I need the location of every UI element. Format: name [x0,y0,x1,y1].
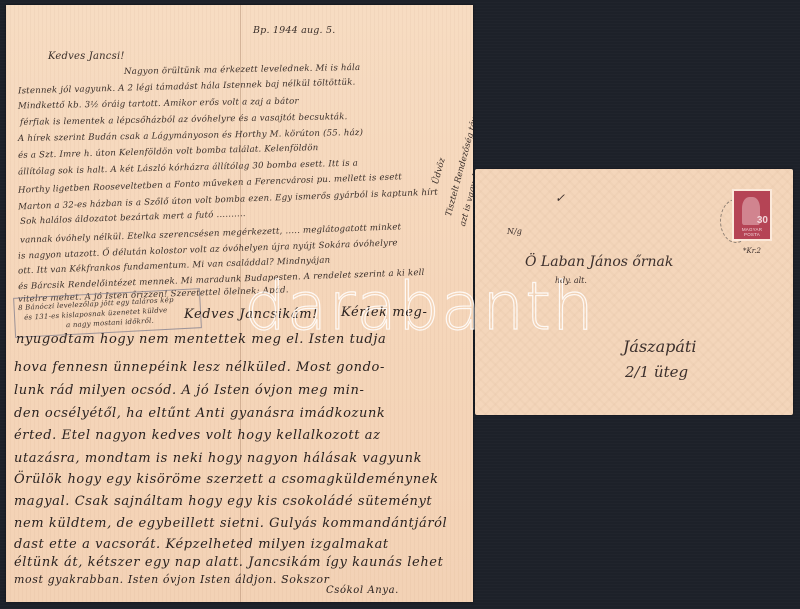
letter-line: Sok halálos áldozatot bezártak mert a fu… [20,209,246,227]
postage-stamp: 30 MAGYAR POSTA [732,189,772,241]
stamp-caption: MAGYAR POSTA [734,227,770,237]
second-line: den ocsélyétől, ha eltűnt Anti gyanásra … [14,406,385,421]
signature: Csókol Anya. [326,585,399,596]
second-line: dast ette a vacsorát. Képzelheted milyen… [14,537,389,552]
second-line: lunk rád milyen ocsód. A jó Isten óvjon … [14,383,365,398]
second-line: nyugodtam hogy nem mentettek meg el. Ist… [16,332,386,347]
second-line: most gyakrabban. Isten óvjon Isten áldjo… [14,573,329,586]
second-line: hova fennesn ünnepéink lesz nélküled. Mo… [14,360,385,375]
letter-line: Mindkettő kb. 3½ óráig tartott. Amikor e… [18,97,299,112]
recipient-rank: hdy. alt. [555,276,587,285]
second-line: Kérlek meg- [341,305,427,320]
envelope: ✓ N/g Ö Laban János őrnak hdy. alt. Jász… [475,169,793,415]
second-salutation: Kedves Jancsikám! [184,307,318,322]
envelope-check-mark: ✓ [555,191,565,205]
letter-salutation: Kedves Jancsi! [48,51,125,62]
margin-note: Üdvöz [431,157,448,186]
second-line: Örülök hogy egy kisöröme szerzett a csom… [14,472,439,487]
letter-line: Nagyon örültünk ma érkezett levelednek. … [124,63,360,77]
letter-line: férfiak is lementek a lépcsőházból az óv… [20,112,348,128]
letter-line: Istennek jól vagyunk. A 2 légi támadást … [18,78,356,97]
recipient-city: Jászapáti [623,337,696,356]
stamp-value: 30 [757,215,768,226]
recipient-unit: 2/1 üteg [625,363,688,381]
handwritten-letter: Bp. 1944 aug. 5. Kedves Jancsi! Nagyon ö… [6,5,473,602]
recipient-name: Ö Laban János őrnak [525,254,673,270]
fold-crease [240,5,241,602]
second-line: nem küldtem, de egybeillett sietni. Guly… [14,516,447,531]
second-line: éltünk át, kétszer egy nap alatt. Jancsi… [14,555,443,570]
second-line: utazásra, mondtam is neki hogy nagyon há… [14,451,422,466]
letter-date: Bp. 1944 aug. 5. [253,25,335,36]
letter-line: A hírek szerint Budán csak a Lágymányoso… [18,128,363,144]
letter-line: és a Szt. Imre h. úton Kelenföldön volt … [18,143,319,161]
postmark-note: *Kr.2 [743,247,761,255]
envelope-prefix: N/g [507,227,522,236]
second-line: érted. Etel nagyon kedves volt hogy kell… [14,428,381,443]
second-line: magyal. Csak sajnáltam hogy egy kis csok… [14,494,432,509]
